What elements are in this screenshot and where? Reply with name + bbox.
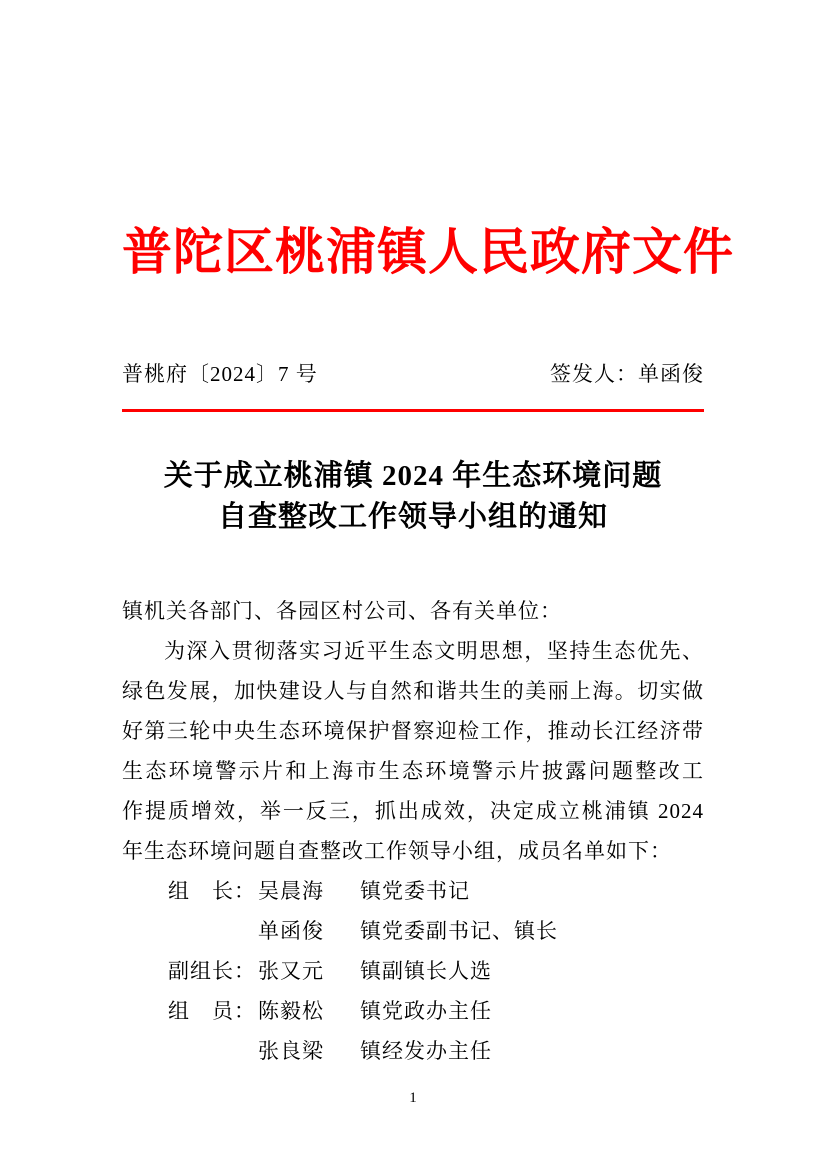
paragraph-line: 作提质增效，举一反三，抓出成效，决定成立桃浦镇 2024 <box>122 791 704 831</box>
page-number: 1 <box>0 1089 826 1107</box>
member-title: 镇副镇长人选 <box>360 951 704 991</box>
agency-title: 普陀区桃浦镇人民政府文件 <box>122 220 704 284</box>
member-name: 吴晨海 <box>258 871 360 911</box>
member-role: 副组长： <box>168 951 258 991</box>
doc-meta-row: 普桃府〔2024〕7 号 签发人：单函俊 <box>122 360 704 388</box>
red-divider <box>122 409 704 412</box>
member-name: 张又元 <box>258 951 360 991</box>
member-row: 张良梁 镇经发办主任 <box>122 1031 704 1071</box>
paragraph-line: 好第三轮中央生态环境保护督察迎检工作，推动长江经济带 <box>122 711 704 751</box>
salutation: 镇机关各部门、各园区村公司、各有关单位： <box>122 591 704 631</box>
members-list: 组 长： 吴晨海 镇党委书记 单函俊 镇党委副书记、镇长 副组长： 张又元 镇副… <box>122 871 704 1071</box>
member-title: 镇经发办主任 <box>360 1031 704 1071</box>
member-title: 镇党委副书记、镇长 <box>360 911 704 951</box>
doc-title-line2: 自查整改工作领导小组的通知 <box>122 497 704 538</box>
member-row: 单函俊 镇党委副书记、镇长 <box>122 911 704 951</box>
member-row: 副组长： 张又元 镇副镇长人选 <box>122 951 704 991</box>
member-title: 镇党委书记 <box>360 871 704 911</box>
member-role <box>168 911 258 951</box>
signer: 签发人：单函俊 <box>550 360 704 388</box>
member-name: 单函俊 <box>258 911 360 951</box>
member-name: 陈毅松 <box>258 991 360 1031</box>
doc-title-line1: 关于成立桃浦镇 2024 年生态环境问题 <box>122 456 704 497</box>
paragraph-line: 年生态环境问题自查整改工作领导小组，成员名单如下： <box>122 831 704 871</box>
member-row: 组 长： 吴晨海 镇党委书记 <box>122 871 704 911</box>
member-role: 组 长： <box>168 871 258 911</box>
doc-title: 关于成立桃浦镇 2024 年生态环境问题 自查整改工作领导小组的通知 <box>122 456 704 538</box>
member-role: 组 员： <box>168 991 258 1031</box>
document-page: 普陀区桃浦镇人民政府文件 普桃府〔2024〕7 号 签发人：单函俊 关于成立桃浦… <box>0 0 826 1169</box>
member-name: 张良梁 <box>258 1031 360 1071</box>
member-row: 组 员： 陈毅松 镇党政办主任 <box>122 991 704 1031</box>
member-role <box>168 1031 258 1071</box>
paragraph-line: 生态环境警示片和上海市生态环境警示片披露问题整改工 <box>122 751 704 791</box>
doc-number: 普桃府〔2024〕7 号 <box>122 360 318 388</box>
paragraph-line: 绿色发展，加快建设人与自然和谐共生的美丽上海。切实做 <box>122 671 704 711</box>
body-paragraph: 为深入贯彻落实习近平生态文明思想，坚持生态优先、 绿色发展，加快建设人与自然和谐… <box>122 631 704 871</box>
member-title: 镇党政办主任 <box>360 991 704 1031</box>
paragraph-line: 为深入贯彻落实习近平生态文明思想，坚持生态优先、 <box>122 631 704 671</box>
